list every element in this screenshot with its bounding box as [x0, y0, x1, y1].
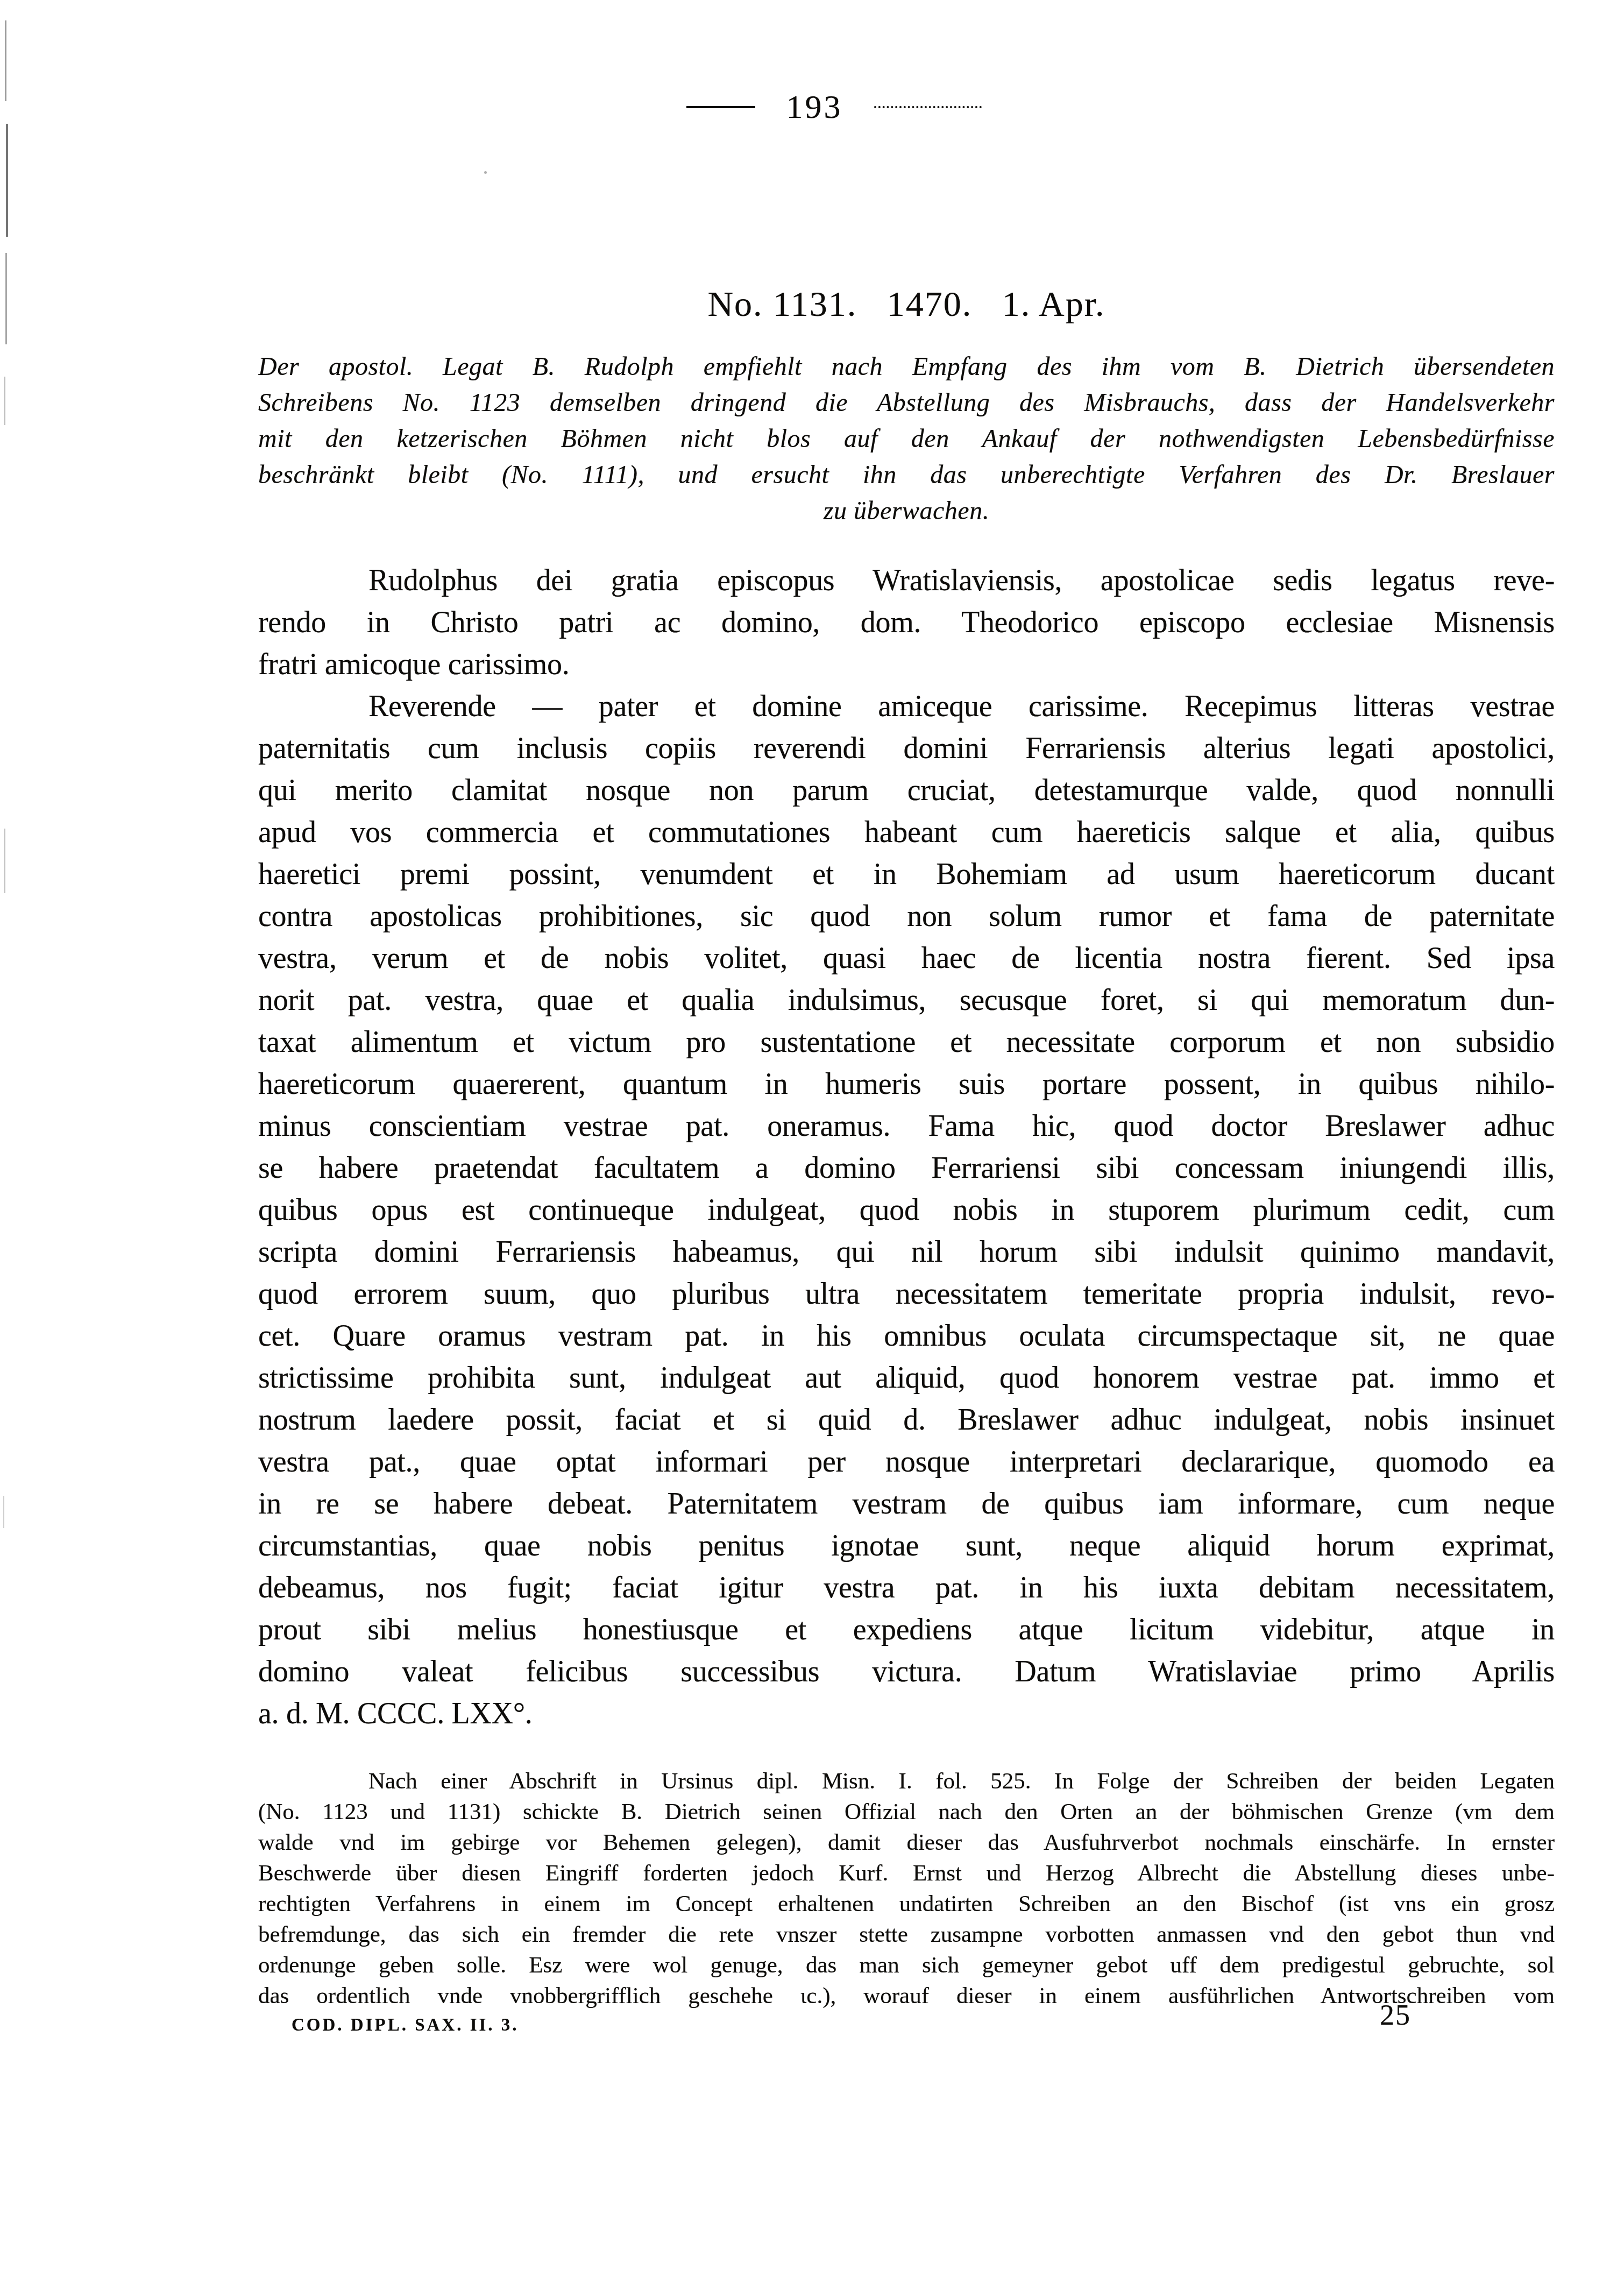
body-line: scripta domini Ferrariensis habeamus, qu…: [258, 1231, 1555, 1273]
summary-line: mit den ketzerischen Böhmen nicht blos a…: [258, 421, 1555, 457]
header-rule-right: [874, 106, 982, 108]
body-line: cet. Quare oramus vestram pat. in his om…: [258, 1315, 1555, 1357]
summary-line: Schreibens No. 1123 demselben dringend d…: [258, 385, 1555, 421]
body-line: apud vos commercia et commutationes habe…: [258, 811, 1555, 853]
scan-artifact: [4, 829, 5, 893]
footnote-line: ordenunge geben solle. Esz were wol genu…: [258, 1950, 1555, 1981]
scanned-book-page: 193 No. 1131. 1470. 1. Apr. Der apostol.…: [0, 0, 1624, 2284]
regest-summary: Der apostol. Legat B. Rudolph empfiehlt …: [258, 349, 1555, 529]
body-line: prout sibi melius honestiusque et expedi…: [258, 1609, 1555, 1651]
body-line: fratri amicoque carissimo.: [258, 644, 1555, 685]
body-line: norit pat. vestra, quae et qualia induls…: [258, 979, 1555, 1021]
summary-line: zu überwachen.: [258, 493, 1555, 529]
body-line: minus conscientiam vestrae pat. oneramus…: [258, 1105, 1555, 1147]
letter-body: Rudolphus dei gratia episcopus Wratislav…: [258, 560, 1555, 1735]
scan-artifact: [5, 20, 6, 101]
scan-artifact: [484, 171, 487, 174]
body-line: debeamus, nos fugit; faciat igitur vestr…: [258, 1567, 1555, 1609]
body-line: strictissime prohibita sunt, indulgeat a…: [258, 1357, 1555, 1399]
editorial-footnote: Nach einer Abschrift in Ursinus dipl. Mi…: [258, 1766, 1555, 2011]
body-line: vestra pat., quae optat informari per no…: [258, 1441, 1555, 1483]
body-line: contra apostolicas prohibitiones, sic qu…: [258, 895, 1555, 937]
body-line: Rudolphus dei gratia episcopus Wratislav…: [258, 560, 1555, 602]
body-line: vestra, verum et de nobis volitet, quasi…: [258, 937, 1555, 979]
footnote-line: walde vnd im gebirge vor Behemen gelegen…: [258, 1827, 1555, 1858]
volume-signature: COD. DIPL. SAX. II. 3.: [292, 2017, 519, 2034]
body-line: domino valeat felicibus successibus vict…: [258, 1651, 1555, 1693]
body-line: taxat alimentum et victum pro sustentati…: [258, 1021, 1555, 1063]
summary-line: Der apostol. Legat B. Rudolph empfiehlt …: [258, 349, 1555, 385]
body-line: in re se habere debeat. Paternitatem ves…: [258, 1483, 1555, 1525]
header-rule-left: [686, 106, 755, 108]
footnote-line: Nach einer Abschrift in Ursinus dipl. Mi…: [258, 1766, 1555, 1797]
body-line: paternitatis cum inclusis copiis reveren…: [258, 727, 1555, 769]
body-line: Reverende — pater et domine amiceque car…: [258, 685, 1555, 727]
body-line: circumstantias, quae nobis penitus ignot…: [258, 1525, 1555, 1567]
scan-artifact: [6, 124, 8, 237]
sheet-number: 25: [1380, 2000, 1411, 2030]
scan-artifact: [4, 377, 5, 425]
footnote-line: (No. 1123 und 1131) schickte B. Dietrich…: [258, 1797, 1555, 1827]
scan-artifact: [3, 1496, 4, 1528]
summary-line: beschränkt bleibt (No. 1111), und ersuch…: [258, 457, 1555, 493]
body-line: haeretici premi possint, venumdent et in…: [258, 853, 1555, 895]
footnote-line: Beschwerde über diesen Eingriff forderte…: [258, 1858, 1555, 1889]
document-number-heading: No. 1131. 1470. 1. Apr.: [258, 285, 1555, 324]
body-line: qui merito clamitat nosque non parum cru…: [258, 769, 1555, 811]
body-line: quod errorem suum, quo pluribus ultra ne…: [258, 1273, 1555, 1315]
body-line: a. d. M. CCCC. LXX°.: [258, 1693, 1555, 1735]
running-header: 193: [619, 90, 1049, 124]
footnote-line: befremdunge, das sich ein fremder die re…: [258, 1919, 1555, 1950]
body-line: rendo in Christo patri ac domino, dom. T…: [258, 602, 1555, 644]
body-line: se habere praetendat facultatem a domino…: [258, 1147, 1555, 1189]
body-line: haereticorum quaererent, quantum in hume…: [258, 1063, 1555, 1105]
body-line: nostrum laedere possit, faciat et si qui…: [258, 1399, 1555, 1441]
running-page-number: 193: [786, 90, 843, 124]
body-line: quibus opus est continueque indulgeat, q…: [258, 1189, 1555, 1231]
footnote-line: rechtigten Verfahrens in einem im Concep…: [258, 1889, 1555, 1919]
footnote-line: das ordentlich vnde vnobbergrifflich ges…: [258, 1981, 1555, 2011]
scan-artifact: [5, 253, 7, 344]
